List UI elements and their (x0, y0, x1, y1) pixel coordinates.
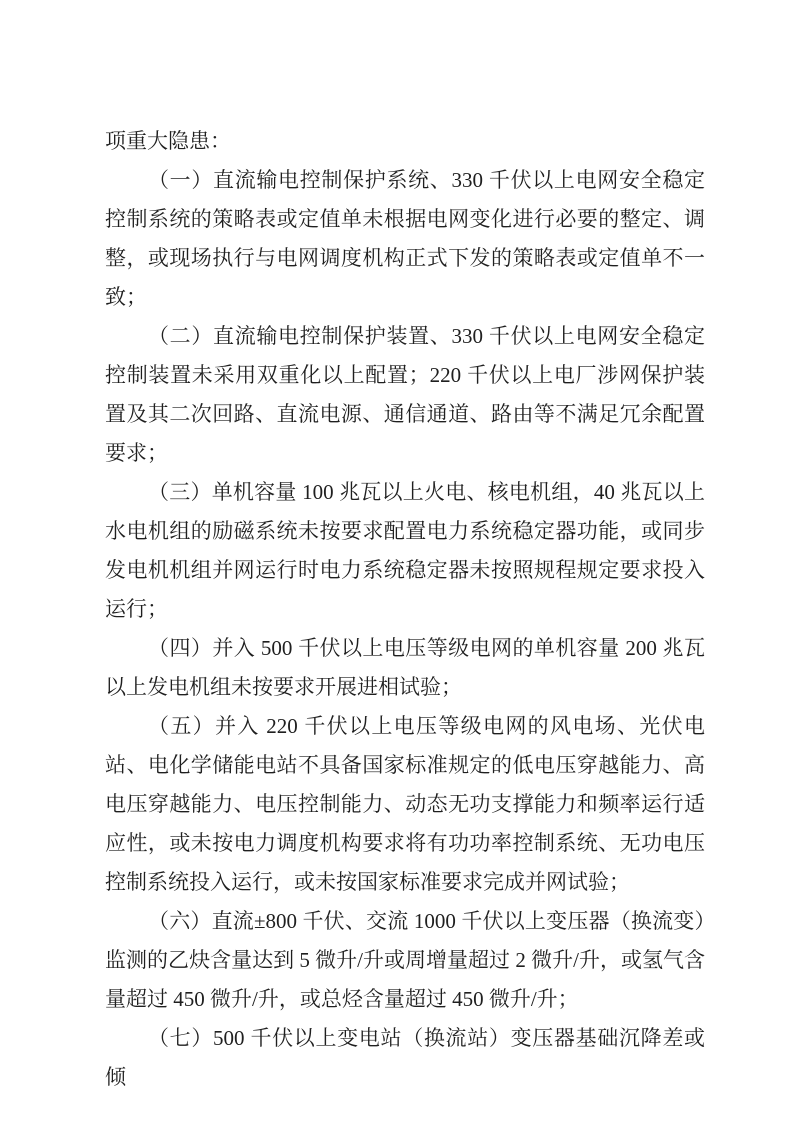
paragraph-item-3: （三）单机容量 100 兆瓦以上火电、核电机组，40 兆瓦以上水电机组的励磁系统… (105, 473, 705, 629)
paragraph-item-6: （六）直流±800 千伏、交流 1000 千伏以上变压器（换流变）监测的乙炔含量… (105, 902, 705, 1019)
paragraph-item-2: （二）直流输电控制保护装置、330 千伏以上电网安全稳定控制装置未采用双重化以上… (105, 317, 705, 473)
document-page: 项重大隐患： （一）直流输电控制保护系统、330 千伏以上电网安全稳定控制系统的… (0, 0, 800, 1130)
paragraph-item-1: （一）直流输电控制保护系统、330 千伏以上电网安全稳定控制系统的策略表或定值单… (105, 161, 705, 317)
paragraph-item-4: （四）并入 500 千伏以上电压等级电网的单机容量 200 兆瓦以上发电机组未按… (105, 629, 705, 707)
paragraph-item-7: （七）500 千伏以上变电站（换流站）变压器基础沉降差或倾 (105, 1019, 705, 1097)
paragraph-continuation: 项重大隐患： (105, 122, 705, 161)
paragraph-item-5: （五）并入 220 千伏以上电压等级电网的风电场、光伏电站、电化学储能电站不具备… (105, 707, 705, 902)
